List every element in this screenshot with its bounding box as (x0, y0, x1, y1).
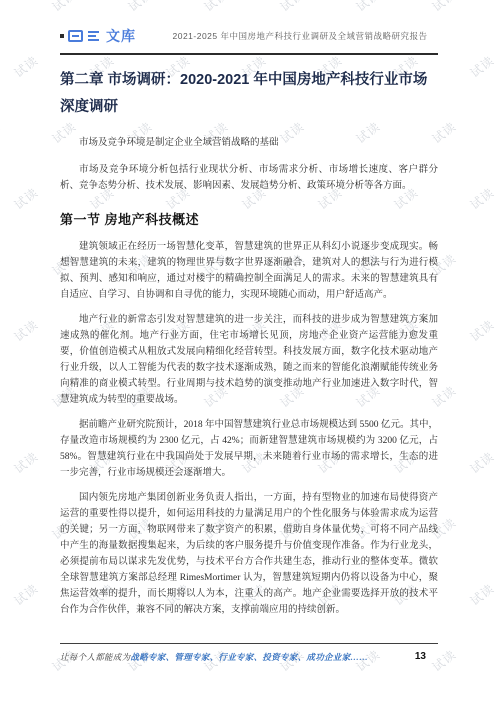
footer-slogan: 让每个人都能成为战略专家、管理专家、行业专家、投资专家、成功企业家…… (60, 651, 368, 663)
watermark-text: 试读 (0, 382, 3, 411)
watermark-text: 试读 (11, 448, 42, 477)
watermark-text: 试读 (277, 0, 308, 15)
page-number: 13 (415, 651, 426, 662)
page-footer: 让每个人都能成为战略专家、管理专家、行业专家、投资专家、成功企业家…… 13 (60, 643, 438, 663)
section-body: 建筑领域正在经历一场智慧化变革，智慧建筑的世界正从科幻小说逐步变成现实。畅想智慧… (60, 239, 438, 618)
watermark-text: 试读 (0, 514, 3, 543)
logo-text: 文库 (106, 26, 136, 46)
slogan-highlight: 战略专家、管理专家、行业专家、投资专家、成功企业家…… (130, 652, 368, 662)
body-paragraph: 地产行业的新常态引发对智慧建筑的进一步关注，而科技的进步成为智慧建筑方案加速成熟… (60, 312, 438, 408)
body-paragraph: 国内领先房地产集团创新业务负责人指出，一方面，持有型物业的加速布局使得资产运营的… (60, 490, 438, 618)
logo-glyph-box-icon (68, 30, 83, 42)
watermark-text: 试读 (353, 0, 384, 15)
chapter-title: 第二章 市场调研：2020-2021 年中国房地产科技行业市场深度调研 (60, 67, 438, 121)
watermark-text: 试读 (467, 52, 498, 81)
watermark-text: 试读 (201, 0, 232, 15)
watermark-text: 试读 (0, 118, 3, 147)
header-doc-title: 2021-2025 年中国房地产科技行业调研及全域营销战略研究报告 (136, 30, 438, 42)
slogan-prefix: 让每个人都能成为 (60, 652, 130, 662)
watermark-text: 试读 (11, 316, 42, 345)
watermark-text: 试读 (467, 448, 498, 477)
watermark-text: 试读 (11, 184, 42, 213)
watermark-text: 试读 (11, 52, 42, 81)
watermark-text: 试读 (0, 646, 3, 675)
watermark-text: 试读 (49, 0, 80, 15)
logo-dot-icon (60, 34, 64, 38)
watermark-text: 试读 (0, 0, 3, 15)
section-title: 第一节 房地产科技概述 (60, 209, 438, 228)
logo-glyph-bars-icon (88, 31, 99, 41)
lead-paragraph: 市场及竞争环境是制定企业全域营销战略的基础 (60, 135, 438, 151)
watermark-text: 试读 (429, 0, 460, 15)
watermark-text: 试读 (467, 580, 498, 609)
watermark-text: 试读 (467, 184, 498, 213)
body-paragraph: 据前瞻产业研究院预计，2018 年中国智慧建筑行业总市场规模达到 5500 亿元… (60, 417, 438, 481)
page-header: 文库 2021-2025 年中国房地产科技行业调研及全域营销战略研究报告 (60, 26, 438, 46)
overview-paragraph: 市场及竞争环境分析包括行业现状分析、市场需求分析、市场增长速度、客户群分析、竞争… (60, 162, 438, 194)
header-rule (60, 53, 438, 55)
page-content: 文库 2021-2025 年中国房地产科技行业调研及全域营销战略研究报告 第二章… (60, 26, 438, 627)
watermark-text: 试读 (467, 316, 498, 345)
body-paragraph: 建筑领域正在经历一场智慧化变革，智慧建筑的世界正从科幻小说逐步变成现实。畅想智慧… (60, 239, 438, 303)
report-page: 试读试读试读试读试读试读试读试读试读试读试读试读试读试读试读试读试读试读试读试读… (0, 0, 499, 706)
wenku-logo: 文库 (60, 26, 136, 46)
watermark-text: 试读 (11, 580, 42, 609)
watermark-text: 试读 (125, 0, 156, 15)
watermark-text: 试读 (0, 250, 3, 279)
